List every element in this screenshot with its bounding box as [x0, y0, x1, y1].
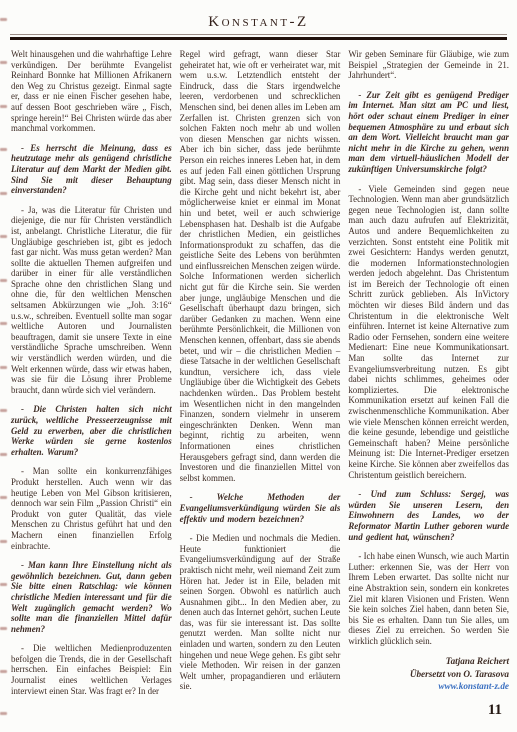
scan-artifact-mark: [0, 453, 7, 456]
translator-credit: Übersetzt von O. Tarasova: [348, 668, 509, 681]
scan-artifact-mark: [0, 279, 7, 282]
interview-question: - Und zum Schluss: Sergej, was würden Si…: [348, 489, 509, 542]
column-2: Regel wird gefragt, wann dieser Star geh…: [180, 49, 341, 705]
scan-artifact-mark: [0, 148, 7, 151]
interview-answer: - Ja, was die Literatur für Christen und…: [11, 205, 172, 396]
interview-question: - Welche Methoden der Evangeliumsverkünd…: [180, 492, 341, 524]
scan-artifact-mark: [0, 192, 7, 195]
scan-artifact-mark: [0, 235, 7, 238]
interview-answer: - Man sollte ein konkurrenzfähiges Produ…: [11, 466, 172, 551]
scan-artifact-mark: [0, 18, 7, 21]
scan-artifact-mark: [0, 409, 7, 412]
interview-answer: - Viele Gemeinden sind gegen neue Techno…: [348, 184, 509, 481]
column-3: Wir geben Seminare für Gläubige, wie zum…: [348, 49, 509, 705]
interview-answer: - Die weltlichen Medienproduzenten befol…: [11, 643, 172, 696]
author-name: Tatjana Reichert: [348, 655, 509, 668]
interview-answer: Wir geben Seminare für Gläubige, wie zum…: [348, 49, 509, 81]
page-number: 11: [488, 702, 502, 719]
scan-artifact-mark: [0, 105, 7, 108]
page-header: Konstant-Z: [0, 0, 517, 40]
interview-question: - Es herrscht die Meinung, dass es heutz…: [11, 143, 172, 196]
scan-artifact-mark: [0, 61, 7, 64]
scan-artifact-mark: [0, 627, 7, 630]
signature-block: Tatjana Reichert Übersetzt von O. Taraso…: [348, 655, 509, 693]
scan-artifact-mark: [0, 322, 7, 325]
scan-artifact-mark: [0, 540, 7, 543]
interview-answer: Welt hinausgehen und die wahrhaftige Leh…: [11, 49, 172, 134]
scan-artifact-mark: [0, 583, 7, 586]
scan-artifact-mark: [0, 366, 7, 369]
interview-answer: Regel wird gefragt, wann dieser Star geh…: [180, 49, 341, 483]
interview-answer: - Ich habe einen Wunsch, wie auch Martin…: [348, 551, 509, 646]
interview-answer: - Die Medien und nochmals die Medien. He…: [180, 533, 341, 692]
column-1: Welt hinausgehen und die wahrhaftige Leh…: [11, 49, 172, 705]
website-link: www.konstant-z.de: [348, 680, 509, 693]
interview-question: - Man kann Ihre Einstellung nicht als ge…: [11, 560, 172, 634]
scan-artifact-mark: [0, 496, 7, 499]
article-body: Welt hinausgehen und die wahrhaftige Leh…: [0, 40, 517, 705]
column-3-paragraphs: Wir geben Seminare für Gläubige, wie zum…: [348, 49, 509, 646]
magazine-title: Konstant-Z: [0, 14, 517, 31]
scan-artifact-mark: [0, 670, 7, 673]
scan-artifact-mark: [0, 712, 7, 715]
interview-question: - Die Christen halten sich nicht zurück,…: [11, 404, 172, 457]
interview-question: - Zur Zeit gibt es genügend Prediger im …: [348, 90, 509, 175]
header-rule-thin: [10, 34, 507, 35]
